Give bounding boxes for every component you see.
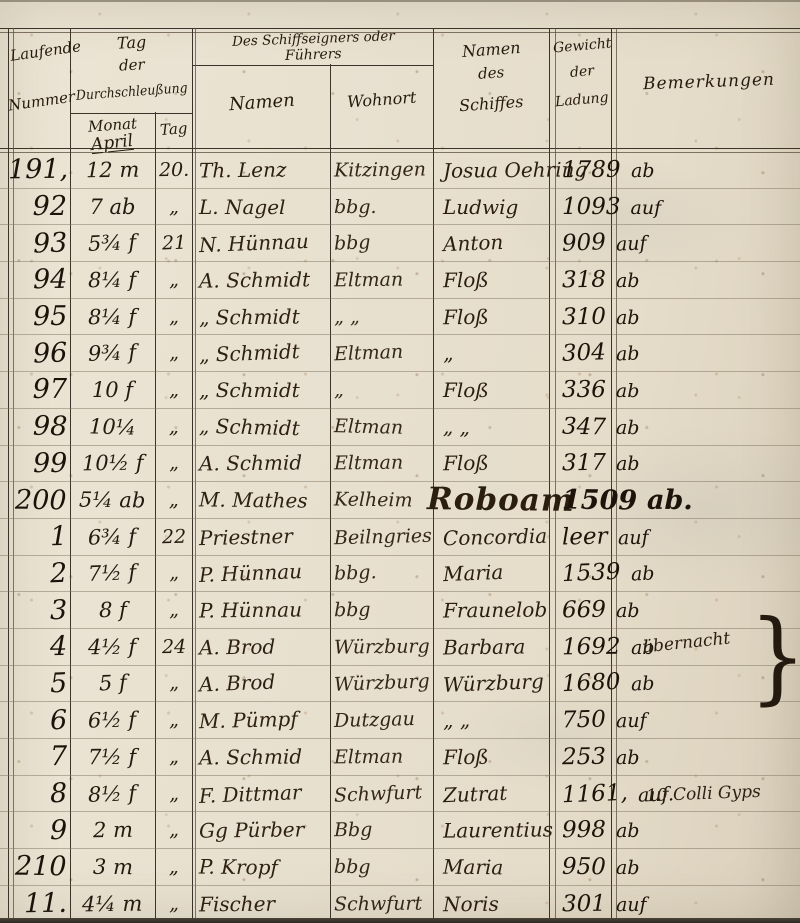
row-cargo-weight: leerauf bbox=[552, 524, 612, 550]
row-cargo-weight: 318ab bbox=[552, 267, 612, 293]
row-cargo-weight: 1692ab bbox=[552, 634, 612, 660]
row-day: „ bbox=[155, 783, 193, 805]
row-cargo-weight: 336ab bbox=[552, 377, 612, 403]
header-sub-day: Tag bbox=[155, 120, 193, 138]
row-ship-name: „ bbox=[433, 341, 552, 365]
row-residence: Kelheim bbox=[330, 489, 433, 511]
row-ship-name: Concordia bbox=[433, 525, 552, 549]
header-remarks: Bemerkungen bbox=[617, 72, 800, 92]
header-owner-1: Des Schiffseigners oder bbox=[193, 31, 433, 47]
row-captain-name: P. Hünnau bbox=[193, 598, 330, 622]
table-row: 210 3 m „ P. Kropf bbg Maria 950ab bbox=[0, 849, 800, 886]
header-weight-3: Ladung bbox=[551, 92, 613, 108]
row-captain-name: P. Kropf bbox=[193, 855, 330, 879]
row-ship-name: „ „ bbox=[433, 415, 552, 439]
row-cargo-weight: 750auf bbox=[552, 707, 612, 733]
row-captain-name: A. Schmid bbox=[193, 451, 330, 475]
row-captain-name: M. Pümpf bbox=[193, 708, 330, 732]
row-day: „ bbox=[155, 452, 193, 474]
row-day: „ bbox=[155, 893, 193, 915]
row-ship-name: Maria bbox=[433, 855, 552, 879]
row-number: 200 bbox=[8, 485, 70, 516]
row-number: 8 bbox=[8, 778, 70, 809]
row-captain-name: L. Nagel bbox=[193, 195, 330, 219]
row-remark bbox=[612, 343, 800, 363]
table-row: 3 8 f „ P. Hünnau bbg Fraunelob 669ab bbox=[0, 592, 800, 629]
row-number: 11. bbox=[8, 888, 70, 919]
header-nr-2: Nummer bbox=[8, 92, 70, 110]
owner-subheader-rule bbox=[193, 65, 433, 66]
header-remarks-label: Bemerkungen bbox=[642, 70, 775, 95]
row-cargo-weight: 998ab bbox=[552, 817, 612, 843]
row-time: 8¼ f bbox=[70, 268, 155, 292]
table-row: 11. 4¼ m „ Fischer Schwfurt Noris 301auf bbox=[0, 886, 800, 923]
header-schleuse-line1: Tag bbox=[116, 32, 146, 53]
row-ship-name: Josua Oehring bbox=[433, 158, 552, 182]
row-captain-name: Fischer bbox=[193, 892, 330, 916]
row-day: „ bbox=[155, 269, 193, 291]
table-row: 2 7½ f „ P. Hünnau bbg. Maria 1539ab bbox=[0, 556, 800, 593]
header-ship-2: des bbox=[433, 64, 550, 82]
table-row: 96 9¾ f „ „ Schmidt Eltman „ 304ab bbox=[0, 335, 800, 372]
row-cargo-weight: 1539ab bbox=[552, 560, 612, 586]
page-top-edge bbox=[0, 0, 800, 2]
row-number: 4 bbox=[8, 631, 70, 662]
row-number: 6 bbox=[8, 705, 70, 736]
row-ship-name: Floß bbox=[433, 378, 552, 402]
row-time: 12 m bbox=[70, 158, 155, 182]
table-row: 98 10¼ „ „ Schmidt Eltman „ „ 347ab bbox=[0, 409, 800, 446]
row-remark bbox=[612, 894, 800, 914]
row-ship-name: Maria bbox=[433, 561, 552, 585]
row-ship-name: Floß bbox=[433, 268, 552, 292]
row-captain-name: A. Brod bbox=[193, 635, 330, 659]
row-residence: Beilngries bbox=[330, 526, 433, 548]
row-number: 93 bbox=[8, 228, 70, 259]
row-remark bbox=[612, 820, 800, 840]
overnight-brace: } bbox=[749, 615, 800, 699]
row-time: 5¾ f bbox=[70, 231, 155, 255]
header-weight-line1: Gewicht bbox=[552, 35, 612, 56]
row-remark bbox=[612, 490, 800, 510]
row-time: 5¼ ab bbox=[70, 488, 155, 512]
page-bottom-edge bbox=[0, 918, 800, 923]
row-captain-name: A. Schmidt bbox=[193, 268, 330, 292]
header-day-label: Tag bbox=[160, 119, 189, 139]
row-day: „ bbox=[155, 856, 193, 878]
row-remark bbox=[612, 747, 800, 767]
row-captain-name: Th. Lenz bbox=[193, 158, 330, 182]
row-ship-name: Barbara bbox=[433, 635, 552, 659]
row-day: „ bbox=[155, 379, 193, 401]
table-row: 8 8½ f „ F. Dittmar Schwfurt Zutrat 1161… bbox=[0, 776, 800, 813]
row-residence: Bbg bbox=[330, 819, 433, 841]
row-cargo-weight: 304ab bbox=[552, 340, 612, 366]
header-weight-1: Gewicht bbox=[551, 38, 613, 54]
row-ship-name: Laurentius bbox=[433, 818, 552, 842]
table-row: 200 5¼ ab „ M. Mathes Kelheim Roboam 150… bbox=[0, 482, 800, 519]
row-number: 98 bbox=[8, 411, 70, 442]
row-time: 6¾ f bbox=[70, 525, 155, 549]
row-ship-name: Roboam bbox=[433, 482, 552, 518]
row-day: „ bbox=[155, 416, 193, 438]
row-residence: bbg bbox=[330, 232, 433, 254]
table-row: 191, 12 m 20. Th. Lenz Kitzingen Josua O… bbox=[0, 152, 800, 189]
header-sub-name: Namen bbox=[193, 92, 330, 113]
header-ship-line3: Schiffes bbox=[459, 92, 525, 115]
row-captain-name: „ Schmidt bbox=[193, 378, 330, 402]
table-row: 97 10 f „ „ Schmidt „ Floß 336ab bbox=[0, 372, 800, 409]
row-ship-name: Fraunelob bbox=[433, 598, 552, 622]
row-residence: bbg bbox=[330, 599, 433, 621]
row-cargo-weight: 909auf bbox=[552, 230, 612, 256]
row-time: 3 m bbox=[70, 855, 155, 879]
row-residence: bbg bbox=[330, 856, 433, 878]
table-row: 99 10½ f „ A. Schmid Eltman Floß 317ab bbox=[0, 446, 800, 483]
row-number: 92 bbox=[8, 191, 70, 222]
row-residence: Würzburg bbox=[330, 672, 433, 694]
header-ship-line1: Namen bbox=[462, 38, 522, 61]
row-number: 94 bbox=[8, 264, 70, 295]
row-remark bbox=[612, 380, 800, 400]
row-ship-name: Noris bbox=[433, 892, 552, 916]
header-weight-line2: der bbox=[569, 63, 594, 81]
row-remark bbox=[612, 270, 800, 290]
row-day: 21 bbox=[155, 232, 193, 254]
row-cargo-weight: 1789ab bbox=[552, 157, 612, 183]
row-number: 96 bbox=[8, 338, 70, 369]
row-time: 10 f bbox=[70, 378, 155, 402]
row-captain-name: „ Schmidt bbox=[193, 415, 330, 439]
row-captain-name: P. Hünnau bbox=[193, 561, 330, 585]
row-captain-name: F. Dittmar bbox=[193, 782, 330, 806]
header-sub-month-2: April bbox=[70, 133, 155, 153]
row-number: 97 bbox=[8, 374, 70, 405]
header-weight-line3: Ladung bbox=[555, 90, 610, 111]
header-residence-label: Wohnort bbox=[346, 88, 416, 112]
table-row: 94 8¼ f „ A. Schmidt Eltman Floß 318ab bbox=[0, 262, 800, 299]
row-day: 22 bbox=[155, 526, 193, 548]
row-cargo-weight: 1161,auf. bbox=[552, 781, 612, 807]
row-day: 20. bbox=[155, 159, 193, 181]
row-residence: Schwfurt bbox=[330, 783, 433, 805]
row-remark bbox=[612, 453, 800, 473]
header-ship-1: Namen bbox=[433, 40, 550, 59]
row-cargo-weight: 1509ab. bbox=[552, 485, 612, 516]
header-weight-2: der bbox=[551, 64, 613, 80]
header-nr: Laufende bbox=[10, 42, 70, 60]
row-cargo-weight: 317ab bbox=[552, 450, 612, 476]
row-cargo-weight: 1093auf bbox=[552, 194, 612, 220]
header-sub-month: Monat bbox=[70, 116, 155, 134]
table-body: 191, 12 m 20. Th. Lenz Kitzingen Josua O… bbox=[0, 152, 800, 922]
row-time: 7½ f bbox=[70, 561, 155, 585]
table-row: 6 6½ f „ M. Pümpf Dutzgau „ „ 750auf bbox=[0, 702, 800, 739]
header-owner-line2: Führers bbox=[284, 46, 341, 64]
row-ship-name: „ „ bbox=[433, 708, 552, 732]
header-ship-3: Schiffes bbox=[433, 94, 550, 113]
row-day: „ bbox=[155, 562, 193, 584]
table-top-rule bbox=[0, 28, 800, 29]
row-time: 7 ab bbox=[70, 195, 155, 219]
row-number: 2 bbox=[8, 558, 70, 589]
row-number: 99 bbox=[8, 448, 70, 479]
row-residence: Kitzingen bbox=[330, 159, 433, 181]
row-captain-name: A. Brod bbox=[193, 671, 330, 695]
row-day: 24 bbox=[155, 636, 193, 658]
row-cargo-weight: 950ab bbox=[552, 854, 612, 880]
row-number: 9 bbox=[8, 815, 70, 846]
row-captain-name: „ Schmidt bbox=[193, 341, 330, 365]
row-cargo-weight: 347ab bbox=[552, 414, 612, 440]
row-cargo-weight: 301auf bbox=[552, 891, 612, 917]
row-day: „ bbox=[155, 746, 193, 768]
table-row: 5 5 f „ A. Brod Würzburg Würzburg 1680ab bbox=[0, 666, 800, 703]
row-residence: Dutzgau bbox=[330, 709, 433, 731]
row-day: „ bbox=[155, 672, 193, 694]
row-captain-name: N. Hünnau bbox=[193, 231, 330, 255]
row-day: „ bbox=[155, 599, 193, 621]
row-residence: Schwfurt bbox=[330, 893, 433, 915]
row-residence: Eltman bbox=[330, 416, 433, 438]
row-time: 10½ f bbox=[70, 451, 155, 475]
row-ship-name: Floß bbox=[433, 305, 552, 329]
row-remark: 10 Colli Gyps bbox=[612, 784, 800, 804]
row-time: 8 f bbox=[70, 598, 155, 622]
row-number: 1 bbox=[8, 521, 70, 552]
row-day: „ bbox=[155, 306, 193, 328]
row-time: 2 m bbox=[70, 818, 155, 842]
row-captain-name: Gg Pürber bbox=[193, 818, 330, 842]
table-row: 9 2 m „ Gg Pürber Bbg Laurentius 998ab bbox=[0, 812, 800, 849]
row-day: „ bbox=[155, 819, 193, 841]
header-schleuse-line3: Durchschleußung bbox=[75, 80, 188, 104]
header-schleuse-3: Durchschleußung bbox=[66, 84, 197, 100]
row-time: 8¼ f bbox=[70, 305, 155, 329]
row-cargo-weight: 1680ab bbox=[552, 670, 612, 696]
table-row: 92 7 ab „ L. Nagel bbg. Ludwig 1093auf bbox=[0, 189, 800, 226]
row-number: 7 bbox=[8, 741, 70, 772]
row-cargo-weight: 253ab bbox=[552, 744, 612, 770]
table-row: 7 7½ f „ A. Schmid Eltman Floß 253ab bbox=[0, 739, 800, 776]
row-time: 4½ f bbox=[70, 635, 155, 659]
row-time: 7½ f bbox=[70, 745, 155, 769]
row-captain-name: Priestner bbox=[193, 525, 330, 549]
table-row: 95 8¼ f „ „ Schmidt „ „ Floß 310ab bbox=[0, 299, 800, 336]
row-number: 95 bbox=[8, 301, 70, 332]
row-time: 5 f bbox=[70, 671, 155, 695]
row-ship-name: Ludwig bbox=[433, 195, 552, 219]
row-ship-name: Zutrat bbox=[433, 782, 552, 806]
row-remark bbox=[612, 417, 800, 437]
ledger-page: Laufende Nummer Tag der Durchschleußung … bbox=[0, 0, 800, 923]
row-time: 9¾ f bbox=[70, 341, 155, 365]
row-residence: Eltman bbox=[330, 746, 433, 768]
row-day: „ bbox=[155, 489, 193, 511]
row-residence: Eltman bbox=[330, 452, 433, 474]
row-residence: Eltman bbox=[330, 342, 433, 364]
row-remark bbox=[612, 857, 800, 877]
header-sub-residence: Wohnort bbox=[330, 90, 433, 109]
row-ship-name: Würzburg bbox=[433, 671, 552, 695]
row-remark bbox=[612, 233, 800, 253]
row-residence: Würzburg bbox=[330, 636, 433, 658]
row-cargo-weight: 310ab bbox=[552, 304, 612, 330]
row-residence: bbg. bbox=[330, 562, 433, 584]
row-residence: „ bbox=[330, 379, 433, 401]
row-captain-name: A. Schmid bbox=[193, 745, 330, 769]
row-day: „ bbox=[155, 196, 193, 218]
row-number: 210 bbox=[8, 851, 70, 882]
row-day: „ bbox=[155, 342, 193, 364]
row-remark bbox=[612, 527, 800, 547]
header-schleuse-line2: der bbox=[118, 55, 145, 74]
row-time: 4¼ m bbox=[70, 892, 155, 916]
row-ship-name: Anton bbox=[433, 231, 552, 255]
row-number: 5 bbox=[8, 668, 70, 699]
row-captain-name: M. Mathes bbox=[193, 488, 330, 512]
row-remark bbox=[612, 197, 800, 217]
row-day: „ bbox=[155, 709, 193, 731]
row-number: 191, bbox=[8, 154, 70, 185]
row-remark bbox=[612, 307, 800, 327]
header-schleuse-1: Tag bbox=[70, 33, 193, 52]
row-ship-name: Floß bbox=[433, 451, 552, 475]
row-residence: bbg. bbox=[330, 196, 433, 218]
row-time: 6½ f bbox=[70, 708, 155, 732]
header-ship-line2: des bbox=[478, 63, 505, 83]
row-remark bbox=[612, 563, 800, 583]
header-owner-2: Führers bbox=[193, 47, 433, 63]
table-row: 93 5¾ f 21 N. Hünnau bbg Anton 909auf bbox=[0, 225, 800, 262]
header-name-label: Namen bbox=[228, 90, 295, 116]
row-residence: „ „ bbox=[330, 306, 433, 328]
table-row: 1 6¾ f 22 Priestner Beilngries Concordia… bbox=[0, 519, 800, 556]
header-schleuse-2: der bbox=[70, 56, 193, 74]
row-number: 3 bbox=[8, 595, 70, 626]
row-captain-name: „ Schmidt bbox=[193, 305, 330, 329]
row-cargo-weight: 669ab bbox=[552, 597, 612, 623]
date-subheader-rule bbox=[70, 113, 193, 114]
row-remark bbox=[612, 160, 800, 180]
row-ship-name: Floß bbox=[433, 745, 552, 769]
row-time: 10¼ bbox=[70, 415, 155, 439]
row-time: 8½ f bbox=[70, 782, 155, 806]
row-residence: Eltman bbox=[330, 269, 433, 291]
